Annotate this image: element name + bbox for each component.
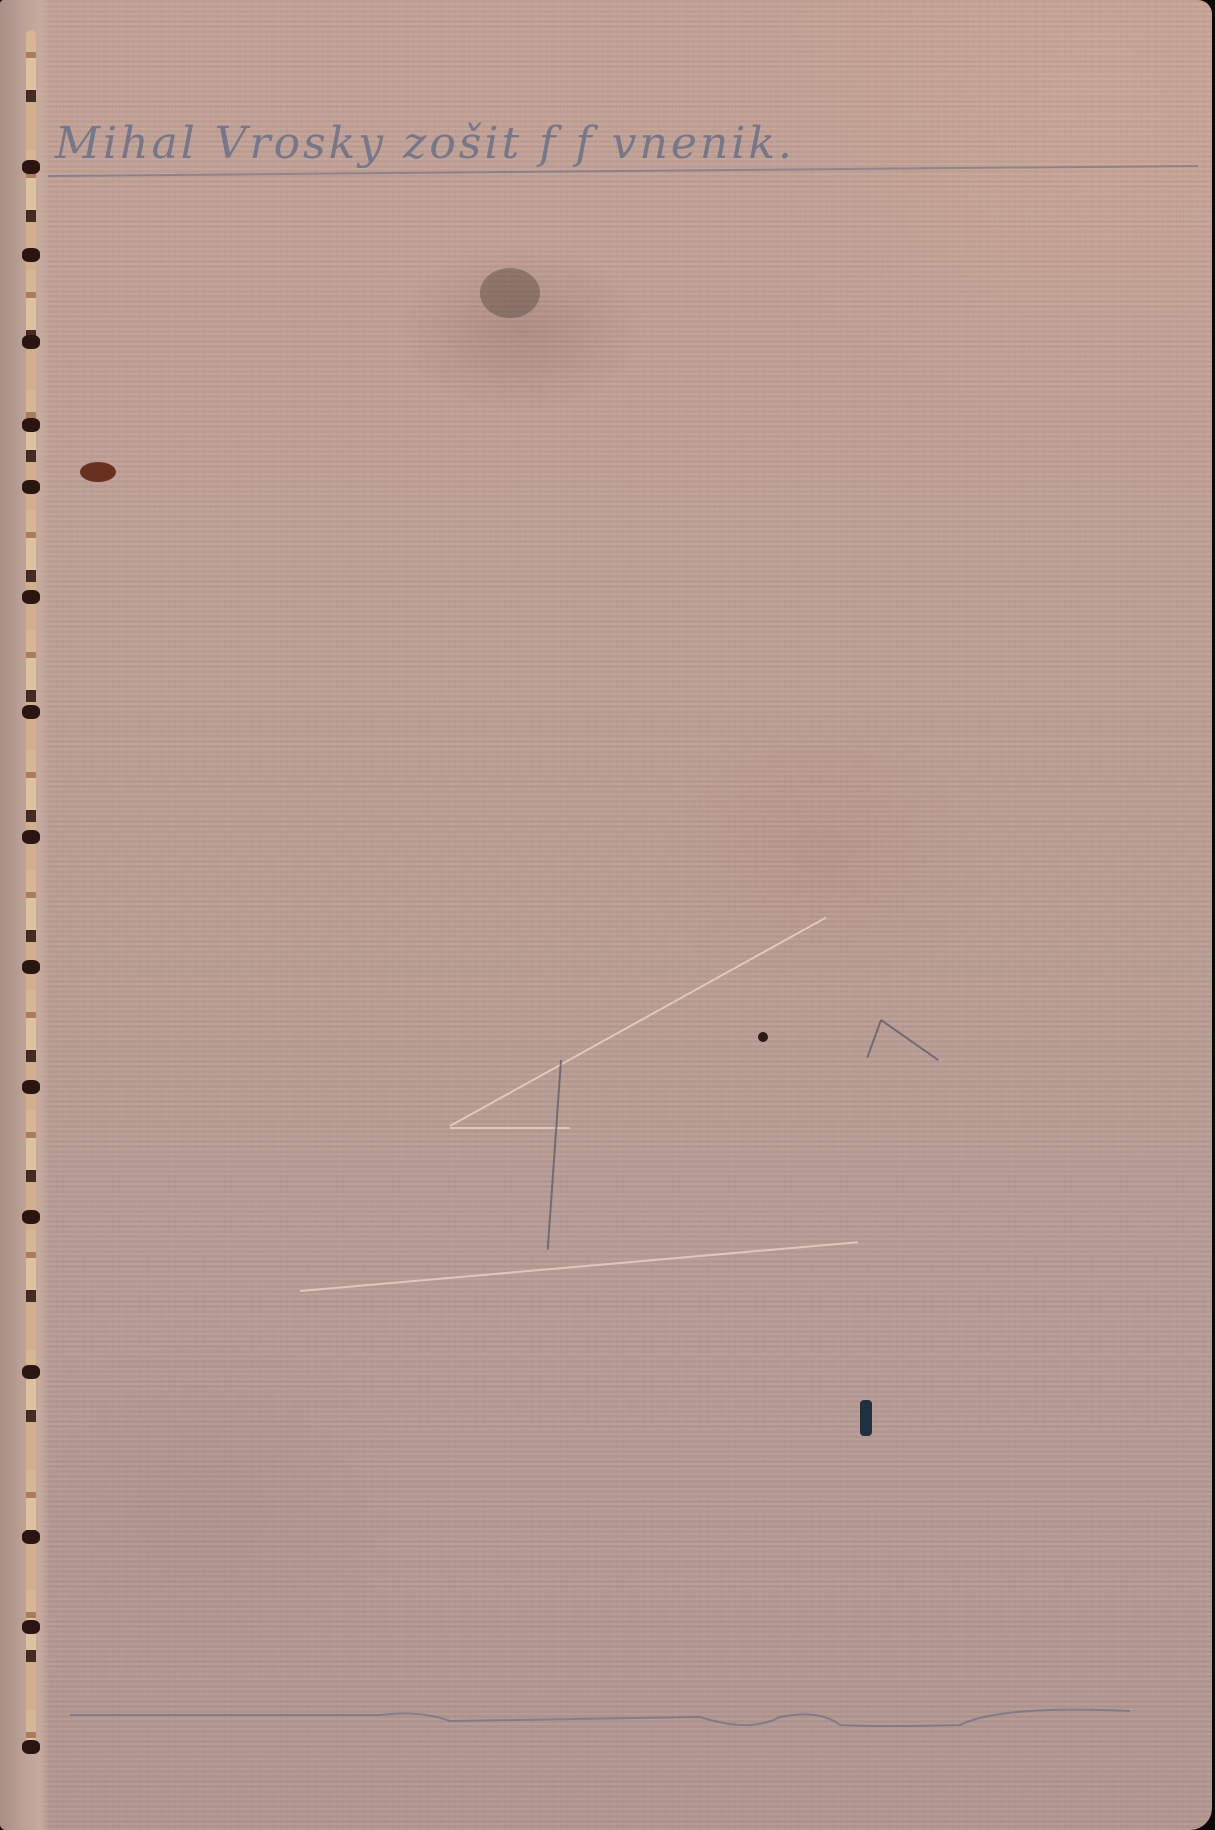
cross-mark (866, 1020, 882, 1058)
number-four-mark (547, 1060, 562, 1250)
smudge (480, 268, 540, 318)
stitch-knot (22, 1740, 40, 1754)
scratch-line (450, 1127, 570, 1129)
stitch-knot (22, 1080, 40, 1094)
handwritten-title: Mihal Vrosky zošit f f vnenik. (55, 118, 1015, 169)
stitch-knot (22, 1365, 40, 1379)
stitch-knot (22, 248, 40, 262)
stitch-knot (22, 705, 40, 719)
paper-texture (0, 0, 1212, 1830)
dot-mark (758, 1032, 768, 1042)
stitch-knot (22, 418, 40, 432)
binding-thread (26, 30, 36, 1750)
spine-edge (0, 0, 50, 1830)
stitch-knot (22, 1530, 40, 1544)
stitch-knot (22, 480, 40, 494)
stitch-knot (22, 160, 40, 174)
pencil-wave-line (60, 1705, 1180, 1735)
stitch-knot (22, 960, 40, 974)
ink-blot (860, 1400, 872, 1436)
ink-stain (80, 462, 116, 482)
stitch-knot (22, 830, 40, 844)
booklet-cover: Mihal Vrosky zošit f f vnenik. (0, 0, 1212, 1830)
scratch-line (450, 917, 827, 1127)
scratch-line (300, 1241, 858, 1292)
stitch-knot (22, 1210, 40, 1224)
stitch-knot (22, 590, 40, 604)
cross-mark (880, 1019, 938, 1061)
stitch-knot (22, 335, 40, 349)
stitch-knot (22, 1620, 40, 1634)
